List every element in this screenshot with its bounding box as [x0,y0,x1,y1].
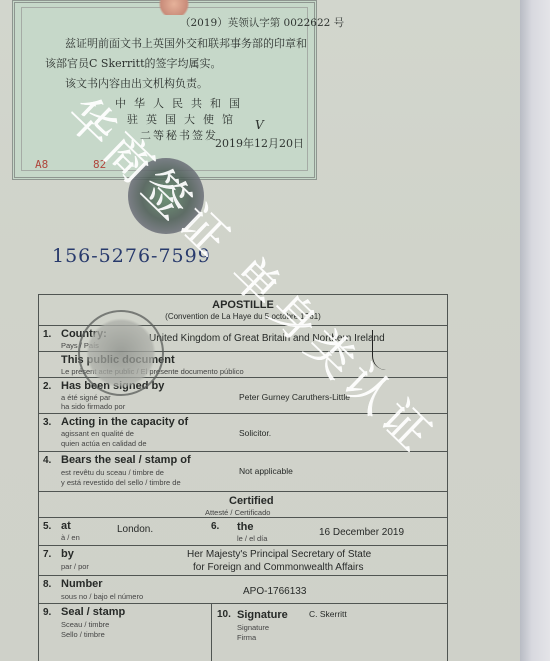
field-label: Acting in the capacity of [61,416,188,428]
royal-coat-of-arms-seal-icon [78,310,164,396]
field-number: 3. [43,417,51,428]
field-sublabel: y está revestido del sello / timbre de [61,478,181,487]
field-label: Number [61,578,103,590]
field-value: C. Skerritt [309,609,347,619]
field-number: 7. [43,549,51,560]
field-certified: Certified Attesté / Certificado [39,491,447,520]
field-number: 1. [43,329,51,340]
field-value: for Foreign and Commonwealth Affairs [193,562,363,573]
certificate-code-left: A8 [35,158,48,171]
field-bears-seal: 4. Bears the seal / stamp of est revêtu … [39,451,447,492]
field-seal-signature: 9. Seal / stamp Sceau / timbre Sello / t… [39,603,447,661]
field-number: 9. [43,607,51,618]
field-sublabel: Attesté / Certificado [205,508,270,517]
field-sublabel: Sceau / timbre [61,620,109,629]
field-sublabel: Sello / timbre [61,630,105,639]
field-number: 5. [43,521,51,532]
field-label: the [237,521,254,533]
field-label: by [61,548,74,560]
field-sublabel: le / el día [237,534,267,543]
field-number-apo: 8. Number sous no / bajo el número APO-1… [39,575,447,604]
field-value: 16 December 2019 [319,527,404,538]
field-value: London. [117,524,153,535]
field-sublabel: a été signé par [61,393,111,402]
field-sublabel: est revêtu du sceau / timbre de [61,468,164,477]
field-label: Seal / stamp [61,606,125,618]
column-divider [211,604,212,661]
field-sublabel: sous no / bajo el número [61,592,143,601]
issuer-line-1: 中华人民共和国 [115,95,248,111]
field-number: 4. [43,455,51,466]
field-label: at [61,520,71,532]
certificate-line-1: 兹证明前面文书上英国外交和联邦事务部的印章和 [65,35,307,51]
field-label: Signature [237,609,288,621]
certificate-line-3: 该文书内容由出文机构负责。 [65,75,208,91]
field-sublabel: Firma [237,633,256,642]
field-sublabel: par / por [61,562,89,571]
field-by: 7. by par / por Her Majesty's Principal … [39,545,447,576]
field-sublabel: agissant en qualité de [61,429,134,438]
field-sublabel: ha sido firmado por [61,402,125,411]
field-place-date: 5. at à / en London. 6. the le / el día … [39,517,447,546]
field-value: Not applicable [239,466,293,476]
field-number: 8. [43,579,51,590]
certificate-signature: V [255,118,264,132]
certificate-date: 2019年12月20日 [215,135,304,151]
field-value: Solicitor. [239,428,271,438]
field-number: 10. [217,609,231,620]
certificate-reference: （2019）英领认字第 0022622 号 [180,15,344,30]
field-number: 6. [211,521,219,532]
field-number: 2. [43,381,51,392]
field-label: Certified [229,495,274,507]
national-emblem-icon [155,0,193,15]
field-sublabel: Signature [237,623,269,632]
field-sublabel: quien actúa en calidad de [61,439,147,448]
field-value: APO-1766133 [243,586,306,597]
page-edge [520,0,550,661]
field-sublabel: à / en [61,533,80,542]
certificate-line-2: 该部官员C Skerritt的签字均属实。 [45,55,222,71]
field-label: Bears the seal / stamp of [61,454,191,466]
field-value: Her Majesty's Principal Secretary of Sta… [187,549,371,560]
